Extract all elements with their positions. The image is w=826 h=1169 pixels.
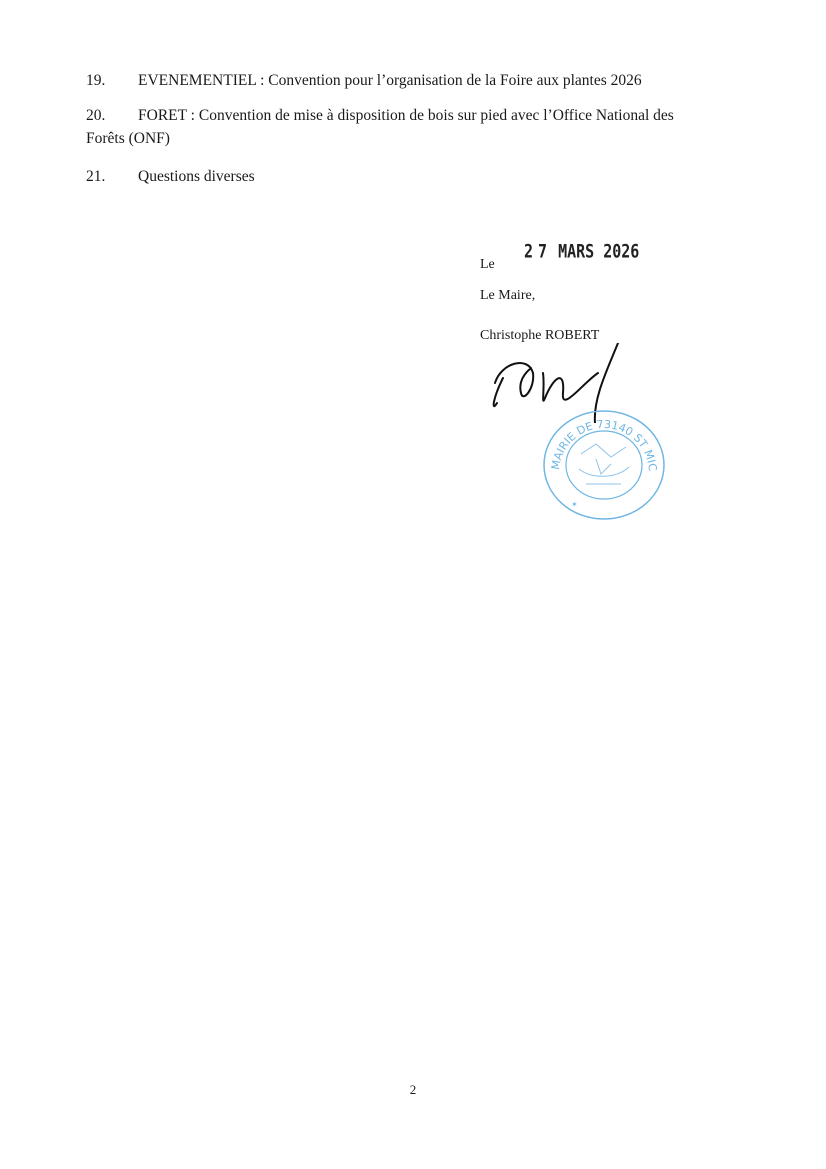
official-seal-icon: MAIRIE DE 73140 ST MICHEL DE MAURIENNE ✶ <box>541 409 667 521</box>
date-stamp-month-year: MARS 2026 <box>558 240 639 263</box>
signatory-title: Le Maire, <box>480 288 535 304</box>
agenda-item-21: 21.Questions diverses <box>86 165 726 188</box>
agenda-item-20: 20.FORET : Convention de mise à disposit… <box>86 104 726 150</box>
agenda-item-continuation: Forêts (ONF) <box>86 127 726 150</box>
agenda-item-text: EVENEMENTIEL : Convention pour l’organis… <box>138 72 642 89</box>
signatory-name: Christophe ROBERT <box>480 328 599 344</box>
agenda-item-number: 19. <box>86 69 138 92</box>
date-stamp-day: 27 <box>524 240 552 263</box>
page-number: 2 <box>0 1082 826 1098</box>
date-stamp: 27MARS 2026 <box>524 240 639 263</box>
agenda-item-text: FORET : Convention de mise à disposition… <box>138 107 674 124</box>
agenda-item-number: 21. <box>86 165 138 188</box>
svg-text:✶: ✶ <box>571 500 578 509</box>
date-label: Le <box>480 257 495 273</box>
agenda-item-text: Questions diverses <box>138 168 255 185</box>
agenda-item-19: 19.EVENEMENTIEL : Convention pour l’orga… <box>86 69 726 92</box>
agenda-item-number: 20. <box>86 104 138 127</box>
